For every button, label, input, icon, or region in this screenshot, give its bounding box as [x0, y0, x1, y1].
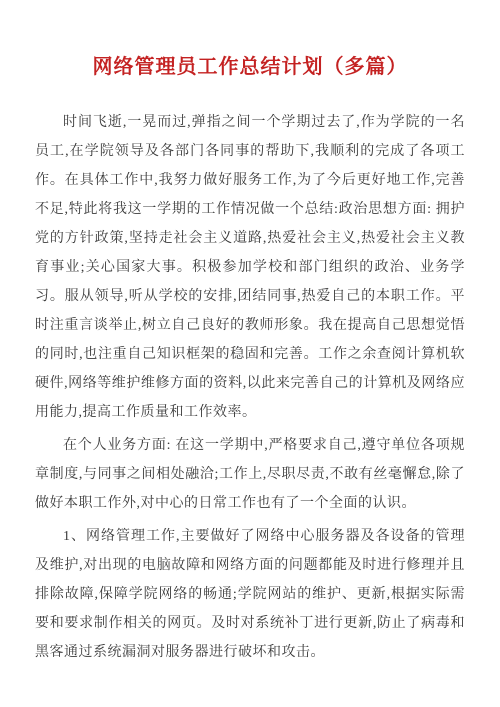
document-title: 网络管理员工作总结计划（多篇） [0, 0, 500, 82]
document-body: 时间飞逝,一晃而过,弹指之间一个学期过去了,作为学院的一名员工,在学院领导及各部… [0, 82, 500, 667]
paragraph-intro-summary: 时间飞逝,一晃而过,弹指之间一个学期过去了,作为学院的一名员工,在学院领导及各部… [35, 108, 465, 427]
paragraph-personal-business: 在个人业务方面: 在这一学期中,严格要求自己,遵守单位各项规章制度,与同事之间相… [35, 431, 465, 518]
paragraph-network-management: 1、网络管理工作,主要做好了网络中心服务器及各设备的管理及维护,对出现的电脑故障… [35, 522, 465, 667]
document-page: 网络管理员工作总结计划（多篇） 时间飞逝,一晃而过,弹指之间一个学期过去了,作为… [0, 0, 500, 707]
